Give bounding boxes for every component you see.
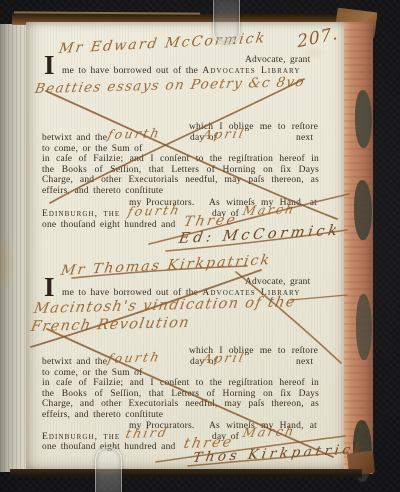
printed-thousand-line: one thouſand eight hundred and (42, 220, 176, 231)
printed-edinburgh: Edinburgh, the (42, 209, 120, 220)
year-word-handwritten: Three (182, 212, 238, 230)
book-strap-bottom (95, 447, 122, 492)
drop-cap-initial: I (44, 52, 55, 79)
printed-charge-line: Charge, and other Executorials needful, … (42, 399, 319, 410)
printed-effeirs-line: effeirs, and thereto conſtitute (42, 410, 163, 421)
printed-charge-line: Charge, and other Executorials needful, … (42, 175, 319, 186)
page-bottom-shadow (10, 469, 362, 479)
fore-edge-marbling-spot (356, 294, 372, 360)
printed-failzie-line: in caſe of Failzie; and I conſent to the… (42, 378, 319, 389)
signed-day-handwritten: third (124, 425, 170, 441)
fore-edge-marbling-spot (354, 180, 372, 240)
return-month-handwritten: April (201, 350, 247, 366)
printed-borrowed-text: me to have borrowed out of the (62, 66, 198, 76)
printed-session-line: the Books of Seſſion, that Letters of Ho… (42, 165, 319, 176)
printed-advocate-grant: Advocate, grant (245, 55, 310, 66)
photo-background: 207. I Mr Edward McCormick Advocate, gra… (0, 0, 400, 492)
printed-session-line: the Books of Seſſion, that Letters of Ho… (42, 389, 319, 400)
printed-betwixt: betwixt and the (42, 133, 107, 144)
signed-month-handwritten: March (241, 201, 297, 218)
printed-next: next (296, 133, 313, 144)
printed-edinburgh: Edinburgh, the (42, 432, 120, 443)
fore-edge-marbling-spot (355, 90, 372, 148)
signed-month-handwritten: March (241, 423, 297, 440)
book-fore-edge (342, 22, 373, 474)
signed-day-handwritten: fourth (126, 202, 182, 219)
printed-betwixt: betwixt and the (42, 357, 107, 368)
printed-next: next (296, 357, 313, 368)
return-day-handwritten: fourth (106, 349, 162, 366)
printed-advocate-grant: Advocate, grant (245, 277, 310, 288)
return-day-handwritten: fourth (106, 125, 162, 142)
drop-cap-initial: I (44, 274, 55, 301)
book-strap-top (213, 0, 240, 44)
printed-failzie-line: in caſe of Failzie; and I conſent to the… (42, 154, 319, 165)
printed-effeirs-line: effeirs, and thereto conſtitute (42, 186, 163, 197)
return-month-handwritten: April (201, 126, 247, 142)
